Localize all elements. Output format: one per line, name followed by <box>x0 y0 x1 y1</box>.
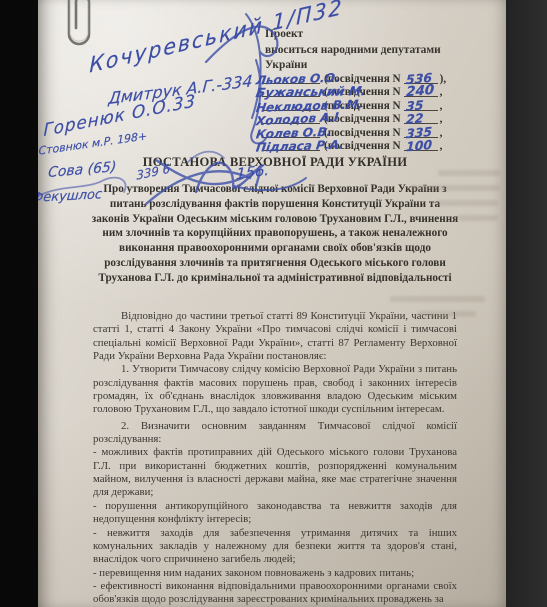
task-item: - ефективності виконання відповідальними… <box>93 580 457 607</box>
photo-background: Проект вноситься народними депутатами Ук… <box>0 0 547 607</box>
bleed-through-mark <box>410 185 500 191</box>
bleed-through-mark <box>390 296 485 302</box>
certificate-number-line: 35 <box>404 96 438 111</box>
body-paragraph: 1. Утворити Тимчасову слідчу комісію Вер… <box>93 363 457 416</box>
body-paragraph: 2. Визначити основним завданням Тимчасов… <box>93 420 457 447</box>
deputy-row: Неклюдов В.М. (посвідчення N 35 , <box>262 97 446 111</box>
task-item: - невжиття заходів для забезпечення утри… <box>93 527 457 567</box>
draft-note: Проект вноситься народними депутатами Ук… <box>265 27 441 74</box>
handwritten-signature: Сова (65) <box>47 159 117 181</box>
certificate-number-line: 22 <box>404 110 438 125</box>
document-page: Проект вноситься народними депутатами Ук… <box>38 0 506 607</box>
deputy-row: Холодов А.І (посвідчення N 22 , <box>262 111 446 125</box>
body-paragraph: Відповідно до частини третьої статті 89 … <box>93 310 457 363</box>
row-suffix: , <box>440 140 443 152</box>
deputy-row: Бужанський М. (посвідчення N 240 , <box>262 84 446 98</box>
task-item: - порушення антикорупційного законодавст… <box>93 500 457 527</box>
deputy-row: Льоков О.О. (посвідчення N 536 ), <box>262 70 446 84</box>
certificate-number-handwritten: 100 <box>405 137 432 154</box>
deputy-row: Підласа Р.А. (посвідчення N 100 , <box>262 138 446 152</box>
certificate-number-line: 240 <box>404 83 438 98</box>
bleed-through-mark <box>438 170 500 176</box>
paperclip-icon <box>61 0 97 54</box>
row-suffix: ), <box>440 73 447 85</box>
task-items: - можливих фактів протиправних дій Одесь… <box>93 446 457 606</box>
certificate-number-line: 335 <box>404 123 438 138</box>
document-body: Відповідно до частини третьої статті 89 … <box>93 310 457 607</box>
resolution-title: Про утворення Тимчасової слідчої комісії… <box>90 182 460 286</box>
bleed-through-mark <box>458 215 498 221</box>
bleed-through-mark <box>418 311 476 317</box>
row-suffix: , <box>440 127 443 139</box>
handwritten-signature: 156. <box>236 160 270 183</box>
deputy-name-line: Бужанський М. <box>262 83 320 98</box>
deputies-list: Льоков О.О. (посвідчення N 536 ), Бужанс… <box>262 70 446 151</box>
deputy-name-line: Льоков О.О. <box>262 69 320 84</box>
deputy-row: Колев О.В. (посвідчення N 335 , <box>262 124 446 138</box>
certificate-label: (посвідчення N <box>324 127 401 139</box>
task-item: - перевищення ним наданих законом повнов… <box>93 567 457 580</box>
certificate-number-line: 100 <box>404 137 438 152</box>
row-suffix: , <box>440 100 443 112</box>
task-item: - можливих фактів протиправних дій Одесь… <box>93 446 457 499</box>
submitted-by-line: вноситься народними депутатами <box>265 43 441 59</box>
row-suffix: , <box>440 113 443 125</box>
body-paragraphs: Відповідно до частини третьої статті 89 … <box>93 310 457 446</box>
row-suffix: , <box>440 86 443 98</box>
bleed-through-mark <box>436 200 498 206</box>
